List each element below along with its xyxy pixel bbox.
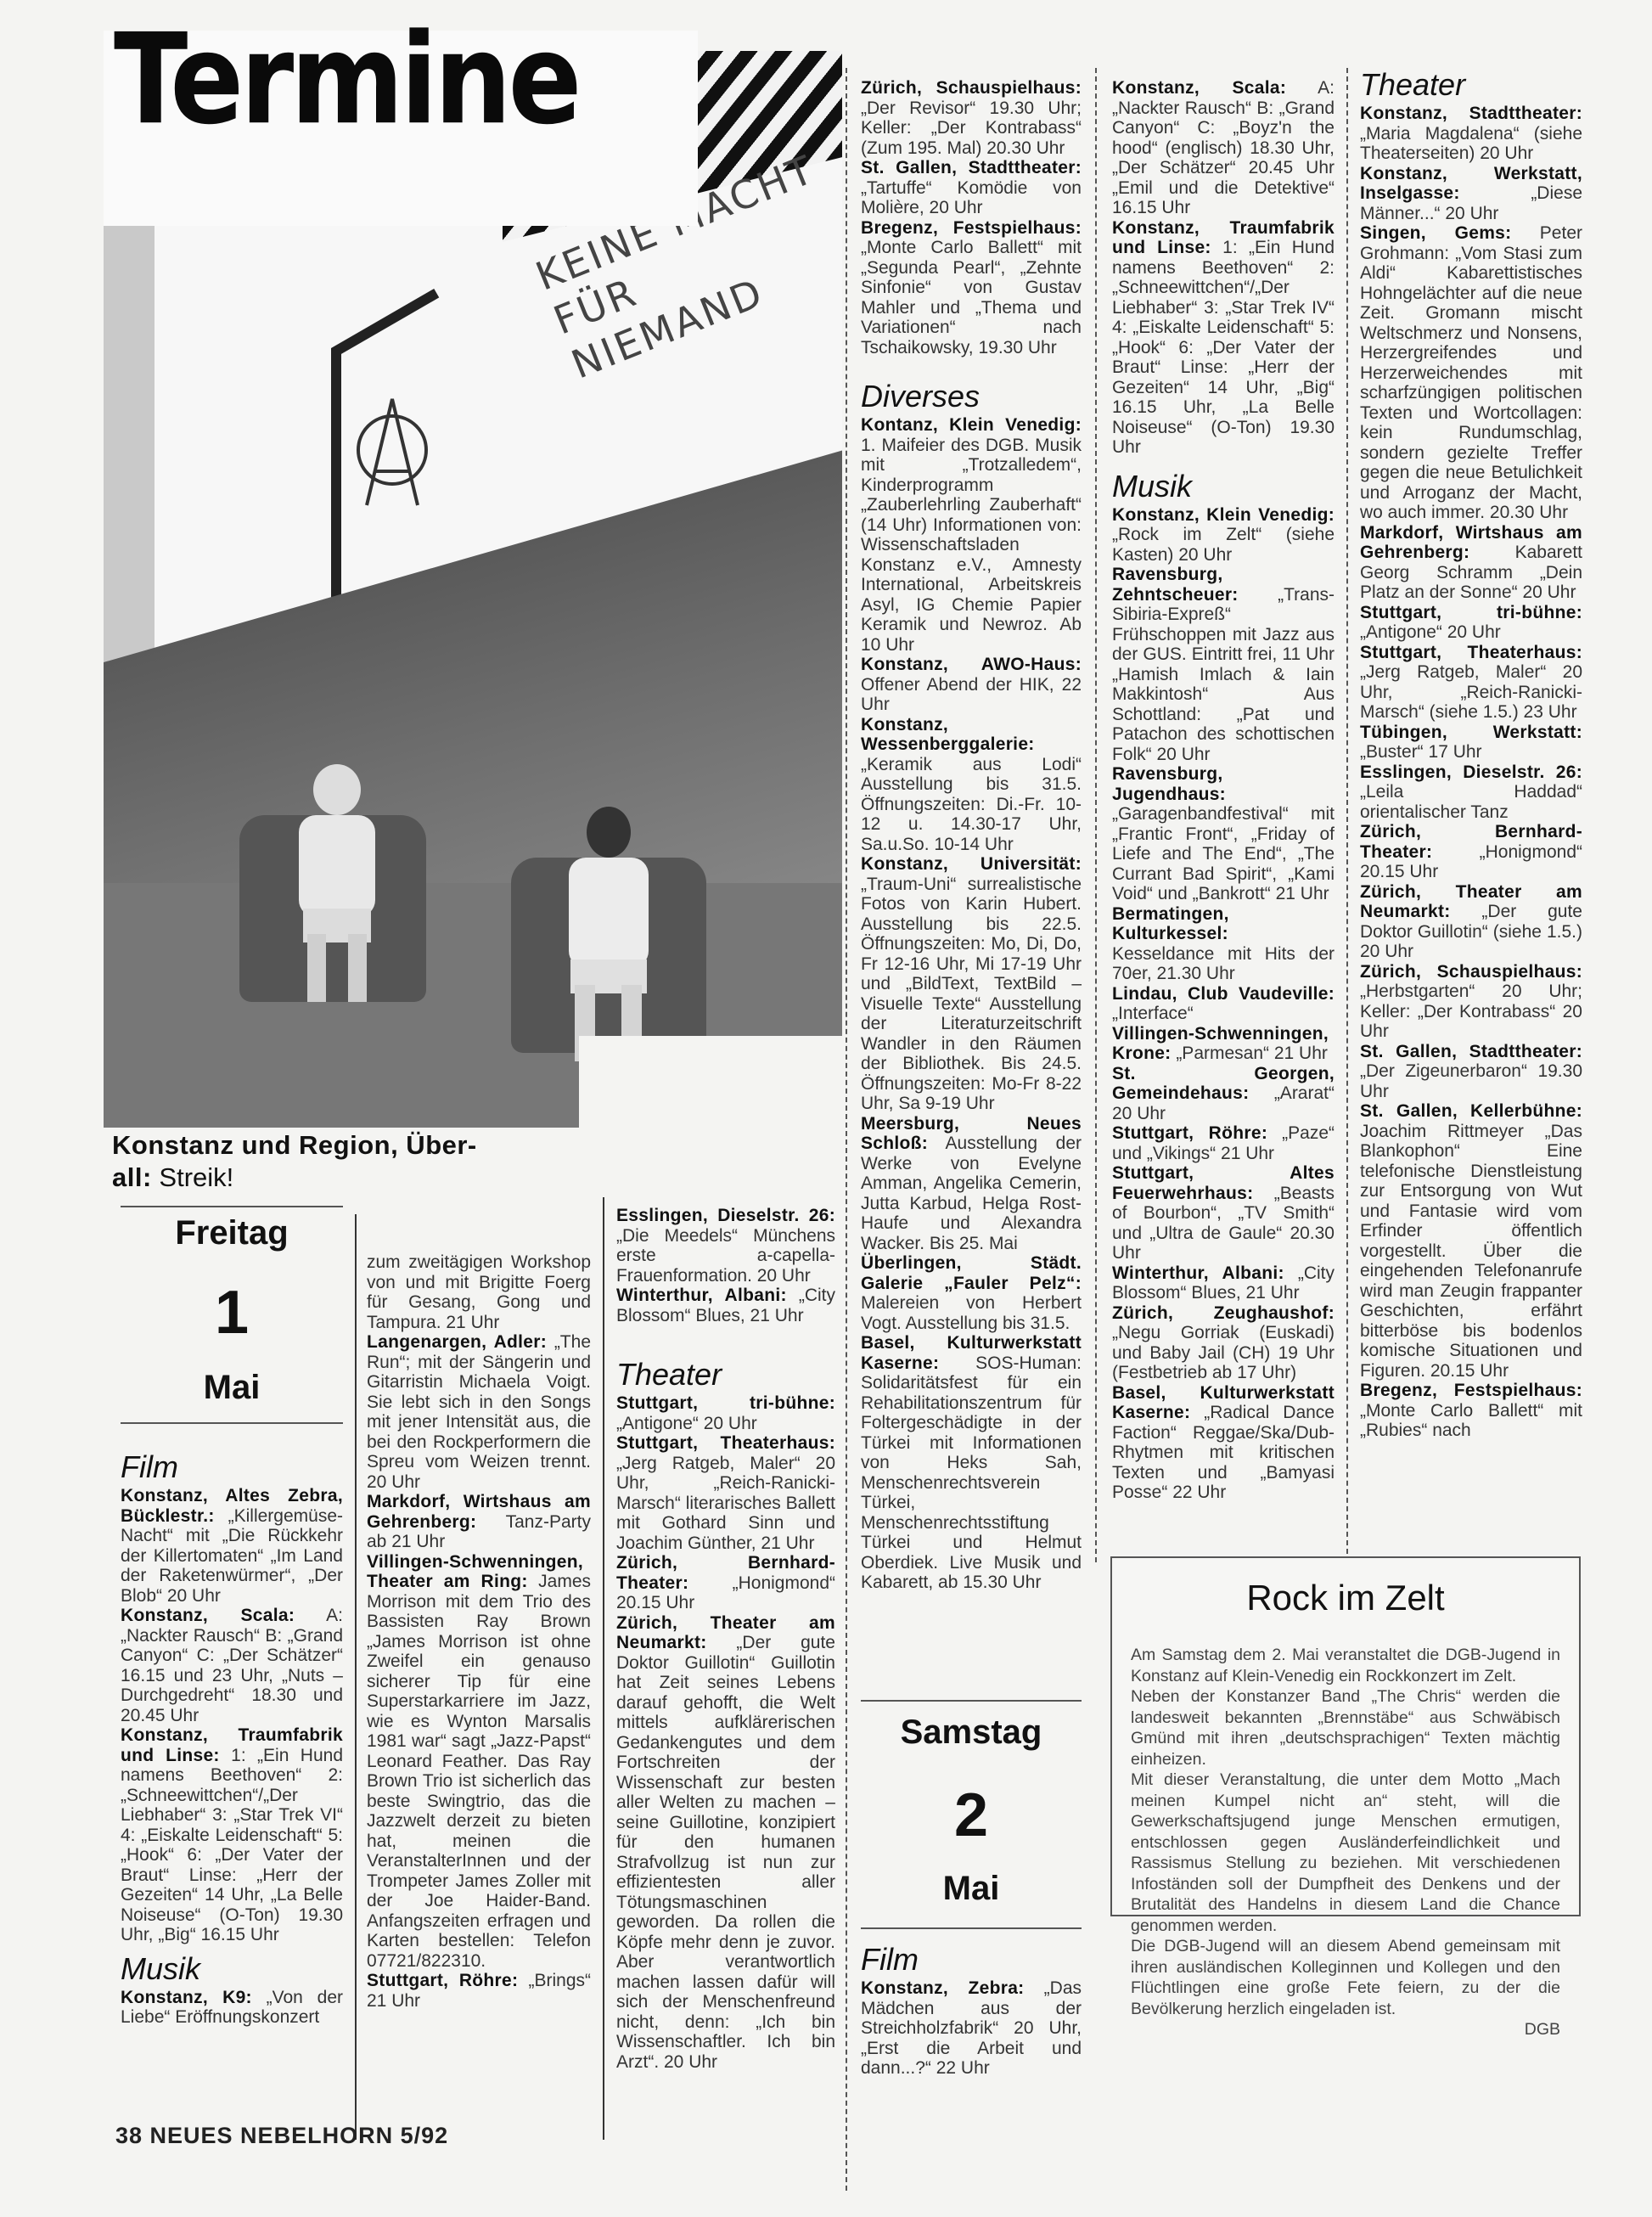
section-heading-diverses: Diverses bbox=[861, 380, 1082, 414]
listing-entry: Winterthur, Albani: „City Blossom“ Blues… bbox=[1112, 1263, 1335, 1303]
listing-entry: zum zweitägigen Workshop von und mit Bri… bbox=[367, 1252, 591, 1332]
section-heading-film: Film bbox=[861, 1943, 1082, 1977]
listing-entry: Konstanz, AWO-Haus: Offener Abend der HI… bbox=[861, 655, 1082, 715]
column-5: Konstanz, Scala: A: „Nackter Rausch“ B: … bbox=[1112, 78, 1335, 1503]
listing-entry: Konstanz, Zebra: „Das Mädchen aus der St… bbox=[861, 1978, 1082, 2079]
column-2: zum zweitägigen Workshop von und mit Bri… bbox=[367, 1252, 591, 2011]
listing-entry: St. Gallen, Stadttheater: „Tartuffe“ Kom… bbox=[861, 158, 1082, 218]
listing-entry: Singen, Gems: Peter Grohmann: „Vom Stasi… bbox=[1360, 223, 1582, 523]
listing-entry: Zürich, Theater am Neumarkt: „Der gute D… bbox=[1360, 882, 1582, 962]
listing-entry: Stuttgart, tri-bühne: „Antigone“ 20 Uhr bbox=[616, 1393, 835, 1433]
photo-caption: Konstanz und Region, Über- all: Streik! bbox=[112, 1129, 587, 1194]
magazine-page: KEINE MACHT FÜR NIEMAND Termine K bbox=[0, 0, 1652, 2217]
info-box-paragraph: Neben der Konstanzer Band „The Chris“ we… bbox=[1131, 1686, 1560, 1770]
column-3: Esslingen, Dieselstr. 26: „Die Meedels“ … bbox=[616, 1206, 835, 2072]
section-heading-theater: Theater bbox=[1360, 68, 1582, 102]
column-divider bbox=[846, 68, 847, 2191]
listing-entry: Stuttgart, Altes Feuerwehrhaus: „Beasts … bbox=[1112, 1163, 1335, 1263]
listing-entry: Konstanz, Traumfabrik und Linse: 1: „Ein… bbox=[1112, 218, 1335, 458]
listing-entry: Konstanz, Scala: A: „Nackter Rausch“ B: … bbox=[1112, 78, 1335, 218]
info-box-paragraph: Mit dieser Veranstaltung, die unter dem … bbox=[1131, 1770, 1560, 1936]
info-box-paragraph: Die DGB-Jugend will an diesem Abend geme… bbox=[1131, 1936, 1560, 2019]
anarchy-symbol-icon bbox=[341, 391, 443, 509]
column-4-bottom: Film Konstanz, Zebra: „Das Mädchen aus d… bbox=[861, 1936, 1082, 2079]
column-1: Film Konstanz, Altes Zebra, Bücklestr.: … bbox=[121, 1443, 343, 2028]
listing-entry: Langenargen, Adler: „The Run“; mit der S… bbox=[367, 1332, 591, 1492]
listing-entry: Stuttgart, Röhre: „Brings“ 21 Uhr bbox=[367, 1971, 591, 2011]
section-heading-film: Film bbox=[121, 1450, 343, 1484]
divider bbox=[121, 1422, 343, 1424]
listing-entry: Basel, Kulturwerkstatt Kaserne: „Radical… bbox=[1112, 1383, 1335, 1503]
column-4: Zürich, Schauspielhaus: „Der Revisor“ 19… bbox=[861, 78, 1082, 1593]
listing-entry: Bregenz, Festspielhaus: „Monte Carlo Bal… bbox=[861, 218, 1082, 358]
listing-entry: Konstanz, Klein Venedig: „Rock im Zelt“ … bbox=[1112, 505, 1335, 566]
info-box-title: Rock im Zelt bbox=[1112, 1577, 1579, 1619]
listing-entry: Esslingen, Dieselstr. 26: „Leila Haddad“… bbox=[1360, 762, 1582, 823]
photo-worker-figure bbox=[273, 756, 401, 1010]
listing-entry: Zürich, Bernhard-Theater: „Honigmond“ 20… bbox=[616, 1553, 835, 1613]
listing-entry: St. Gallen, Kellerbühne: Joachim Rittmey… bbox=[1360, 1101, 1582, 1381]
divider bbox=[861, 1700, 1082, 1702]
listing-entry: Zürich, Zeughaushof: „Negu Gorriak (Eusk… bbox=[1112, 1303, 1335, 1383]
listing-entry: Zürich, Theater am Neumarkt: „Der gute D… bbox=[616, 1613, 835, 2073]
listing-entry: Zürich, Schauspielhaus: „Der Revisor“ 19… bbox=[861, 78, 1082, 158]
listing-entry: Stuttgart, Röhre: „Paze“ und „Vikings“ 2… bbox=[1112, 1123, 1335, 1163]
listing-entry: Konstanz, Altes Zebra, Bücklestr.: „Kill… bbox=[121, 1486, 343, 1606]
listing-entry: Konstanz, Werkstatt, Inselgasse: „Diese … bbox=[1360, 164, 1582, 224]
listing-entry: Winterthur, Albani: „City Blossom“ Blues… bbox=[616, 1286, 835, 1325]
date-header-saturday: Samstag 2 Mai bbox=[861, 1712, 1082, 1909]
listing-entry: Meersburg, Neues Schloß: Ausstellung der… bbox=[861, 1114, 1082, 1254]
listing-entry: Stuttgart, Theaterhaus: „Jerg Ratgeb, Ma… bbox=[616, 1433, 835, 1553]
listing-entry: Ravensburg, Jugendhaus: „Garagenbandfest… bbox=[1112, 764, 1335, 904]
divider bbox=[861, 1927, 1082, 1929]
listing-entry: Konstanz, Wessenberggalerie: „Keramik au… bbox=[861, 715, 1082, 855]
listing-entry: Zürich, Schauspielhaus: „Herbstgarten“ 2… bbox=[1360, 962, 1582, 1042]
listing-entry: Villingen-Schwenningen, Krone: „Parmesan… bbox=[1112, 1024, 1335, 1064]
page-title: Termine bbox=[114, 17, 578, 144]
listing-entry: Bregenz, Festspielhaus: „Monte Carlo Bal… bbox=[1360, 1381, 1582, 1441]
listing-entry: Lindau, Club Vaudeville: „Interface“ bbox=[1112, 984, 1335, 1024]
column-divider bbox=[1346, 68, 1348, 1562]
listing-entry: St. Gallen, Stadttheater: „Der Zigeunerb… bbox=[1360, 1042, 1582, 1102]
divider bbox=[121, 1206, 343, 1207]
listing-entry: Konstanz, Traumfabrik und Linse: 1: „Ein… bbox=[121, 1725, 343, 1945]
listing-entry: Basel, Kulturwerkstatt Kaserne: SOS-Huma… bbox=[861, 1333, 1082, 1593]
column-divider bbox=[355, 1214, 357, 2140]
listing-entry: Markdorf, Wirtshaus am Gehrenberg: Kabar… bbox=[1360, 523, 1582, 603]
listing-entry: Kontanz, Klein Venedig: 1. Maifeier des … bbox=[861, 415, 1082, 655]
listing-entry: Überlingen, Städt. Galerie „Fauler Pelz“… bbox=[861, 1253, 1082, 1333]
listing-entry: Konstanz, K9: „Von der Liebe“ Eröffnungs… bbox=[121, 1988, 343, 2028]
listing-entry: Ravensburg, Zehntscheuer: „Trans-Sibiria… bbox=[1112, 565, 1335, 764]
section-heading-theater: Theater bbox=[616, 1358, 835, 1392]
page-footer: 38 NEUES NEBELHORN 5/92 bbox=[115, 2123, 448, 2149]
column-divider bbox=[603, 1197, 604, 2140]
section-heading-musik: Musik bbox=[121, 1952, 343, 1986]
listing-entry: Bermatingen, Kulturkessel: Kesseldance m… bbox=[1112, 904, 1335, 984]
listing-entry: St. Georgen, Gemeindehaus: „Ararat“ 20 U… bbox=[1112, 1064, 1335, 1124]
info-box-rock-im-zelt: Rock im Zelt Am Samstag dem 2. Mai veran… bbox=[1110, 1556, 1581, 1916]
listing-entry: Stuttgart, tri-bühne: „Antigone“ 20 Uhr bbox=[1360, 603, 1582, 643]
listing-entry: Villingen-Schwenningen, Theater am Ring:… bbox=[367, 1552, 591, 1972]
listing-entry: Konstanz, Stadttheater: „Maria Magdalena… bbox=[1360, 104, 1582, 164]
listing-entry: Stuttgart, Theaterhaus: „Jerg Ratgeb, Ma… bbox=[1360, 643, 1582, 723]
listing-entry: Esslingen, Dieselstr. 26: „Die Meedels“ … bbox=[616, 1206, 835, 1286]
info-box-paragraph: Am Samstag dem 2. Mai veranstaltet die D… bbox=[1131, 1645, 1560, 1686]
photo-worker-figure bbox=[545, 798, 672, 1070]
listing-entry: Markdorf, Wirtshaus am Gehrenberg: Tanz-… bbox=[367, 1492, 591, 1552]
info-box-signature: DGB bbox=[1131, 2019, 1560, 2040]
listing-entry: Zürich, Bernhard-Theater: „Honigmond“ 20… bbox=[1360, 822, 1582, 882]
date-header-friday: Freitag 1 Mai bbox=[121, 1213, 343, 1408]
listing-entry: Konstanz, Universität: „Traum-Uni“ surre… bbox=[861, 854, 1082, 1114]
listing-entry: Tübingen, Werkstatt: „Buster“ 17 Uhr bbox=[1360, 723, 1582, 762]
listing-entry: Konstanz, Scala: A: „Nackter Rausch“ B: … bbox=[121, 1606, 343, 1725]
column-6: Theater Konstanz, Stadttheater: „Maria M… bbox=[1360, 68, 1582, 1441]
section-heading-musik: Musik bbox=[1112, 470, 1335, 504]
column-divider bbox=[1095, 68, 1097, 1562]
